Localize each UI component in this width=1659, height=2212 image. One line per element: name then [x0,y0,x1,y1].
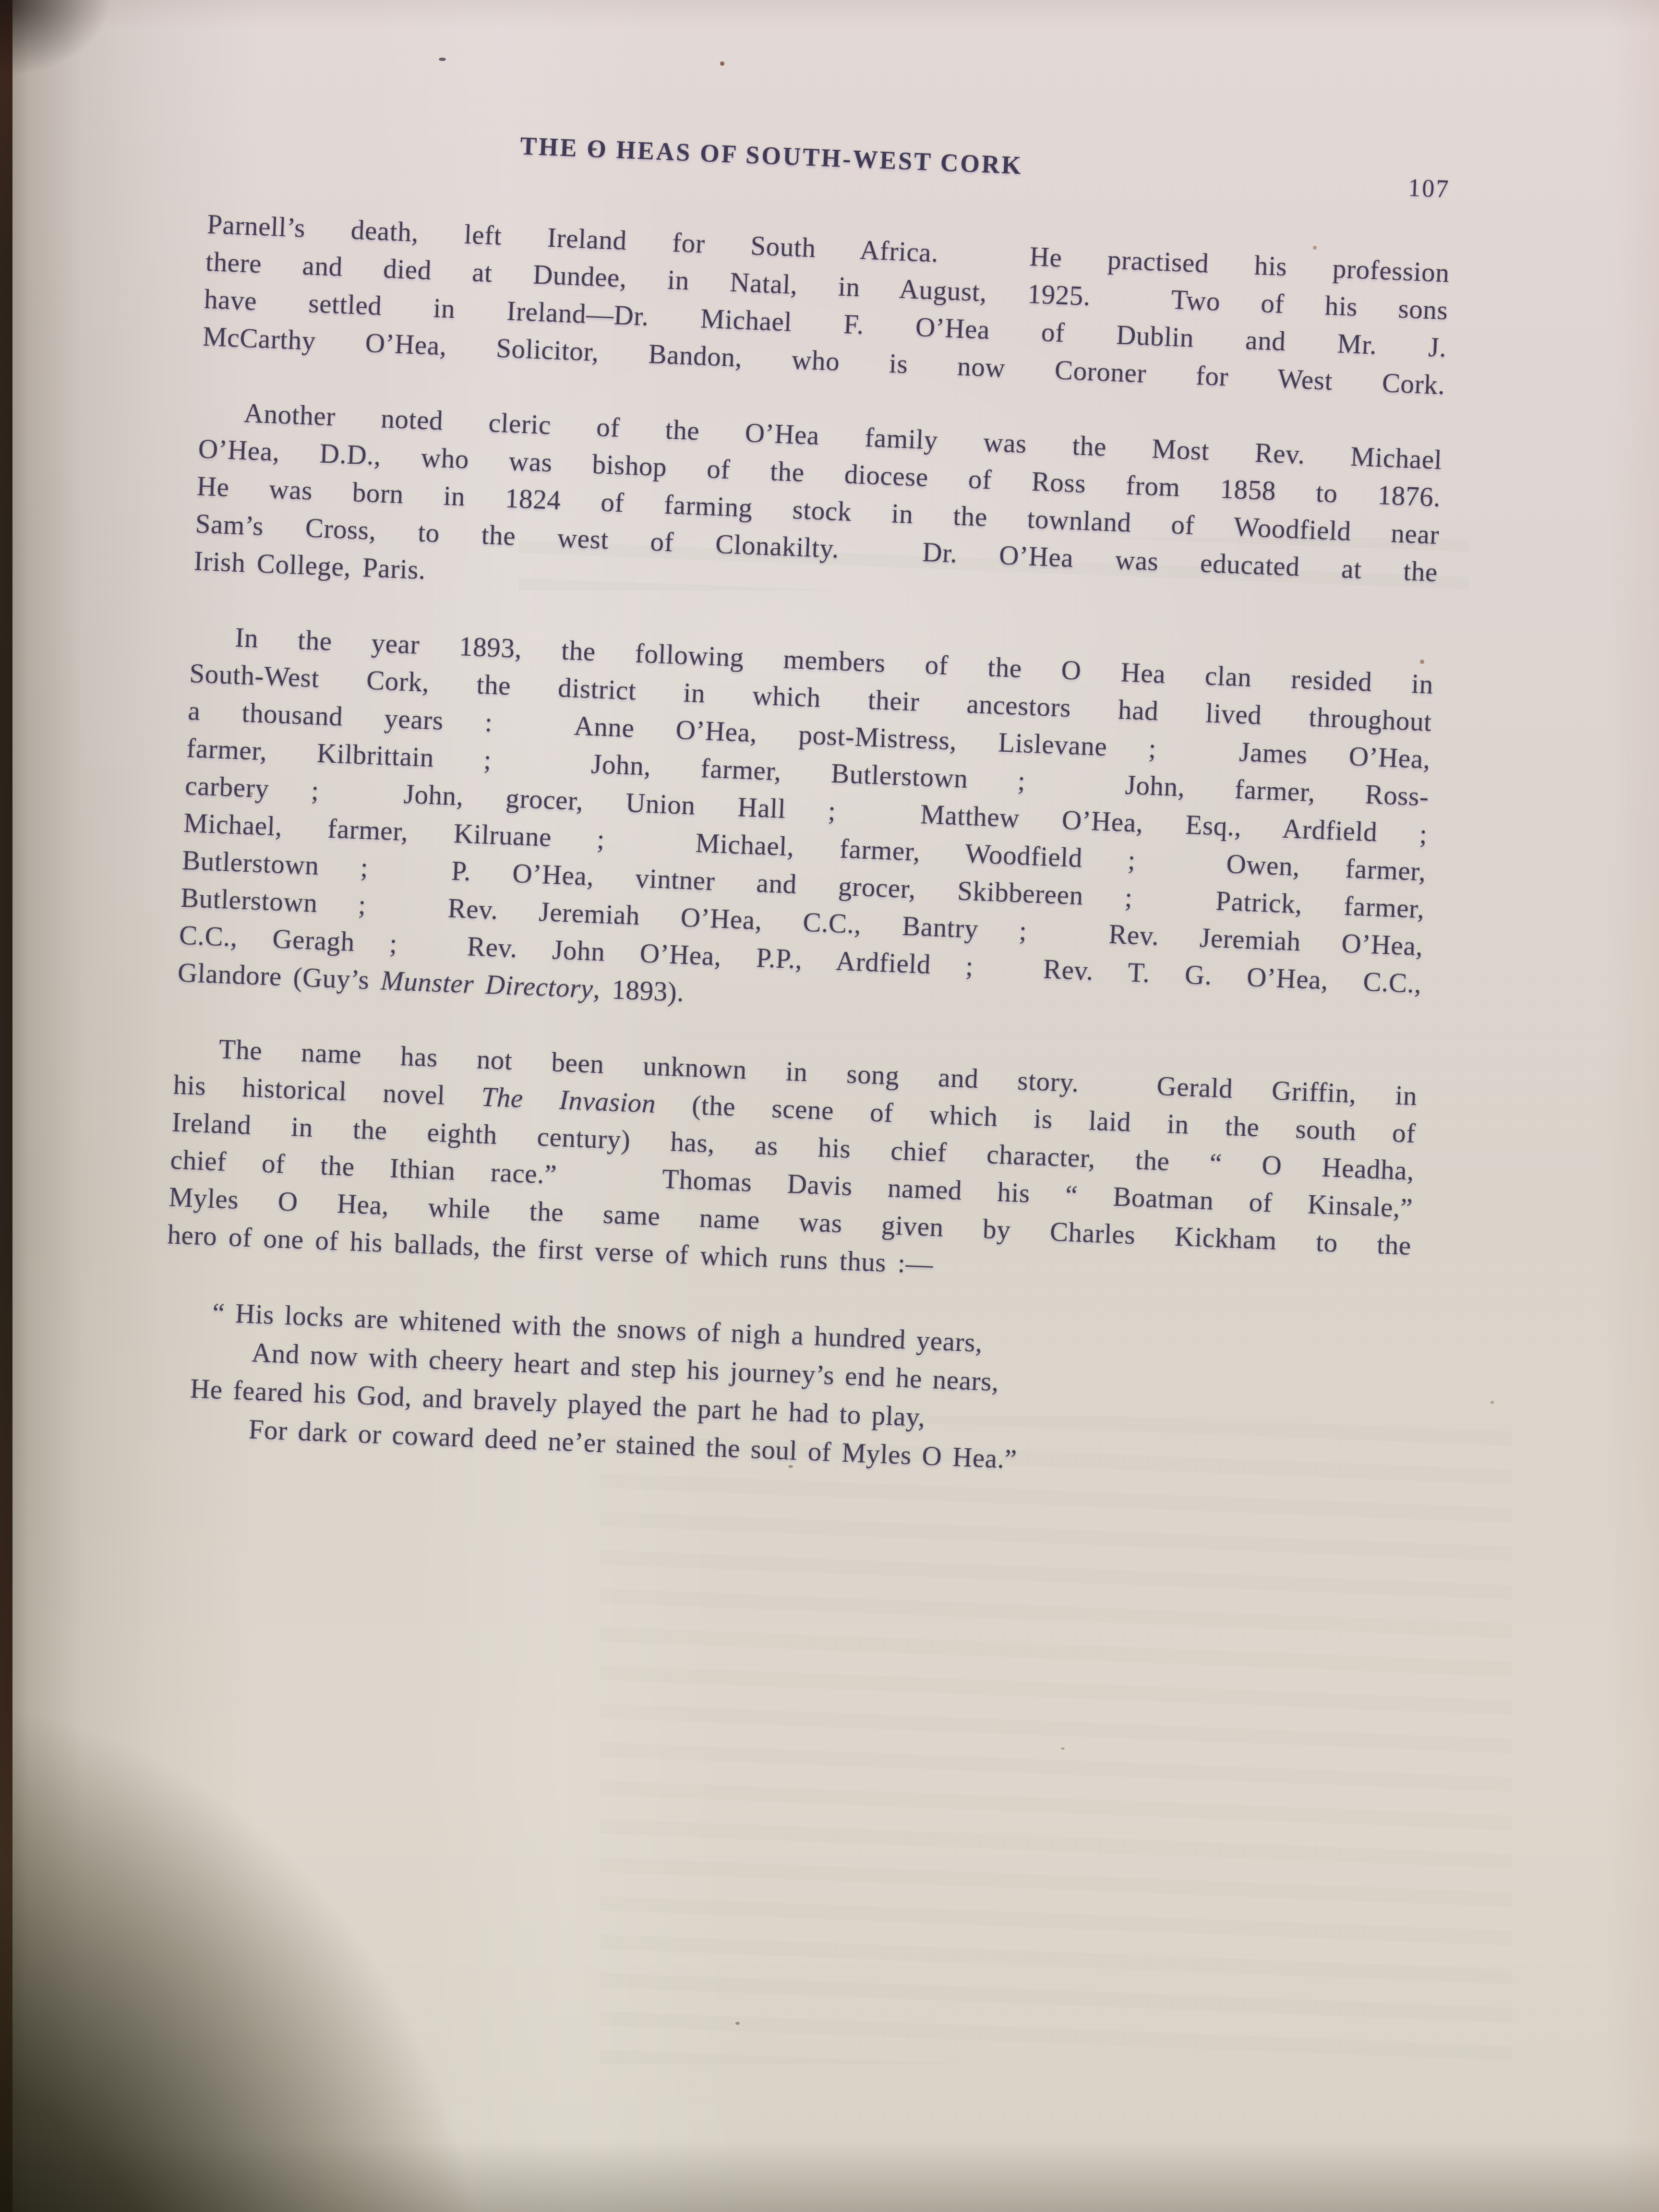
body-paragraphs: Parnell’s death, left Ireland for South … [167,206,1450,1302]
book-spine-edge [0,0,12,2212]
page-title: THE O HEAS OF SOUTH-WEST CORK [520,132,1023,180]
paragraph: Parnell’s death, left Ireland for South … [202,206,1450,404]
running-head: THE O HEAS OF SOUTH-WEST CORK 107 [210,120,1454,199]
foxing-speck [1491,1401,1494,1404]
page-number: 107 [1407,174,1450,204]
foxing-speck [439,58,446,61]
paragraph: Another noted cleric of the O’Hea family… [193,393,1443,629]
printed-text-block: THE O HEAS OF SOUTH-WEST CORK 107 Parnel… [159,120,1454,1494]
book-page-photo: THE O HEAS OF SOUTH-WEST CORK 107 Parnel… [0,0,1659,2212]
ballad-verse: “ His locks are whitened with the snows … [159,1292,1408,1494]
foxing-speck [720,61,724,66]
paragraph: The name has not been unknown in song an… [167,1029,1418,1302]
bleedthrough-smudge-lower [600,1416,1512,2064]
paragraph: In the year 1893, the following members … [177,617,1434,1040]
